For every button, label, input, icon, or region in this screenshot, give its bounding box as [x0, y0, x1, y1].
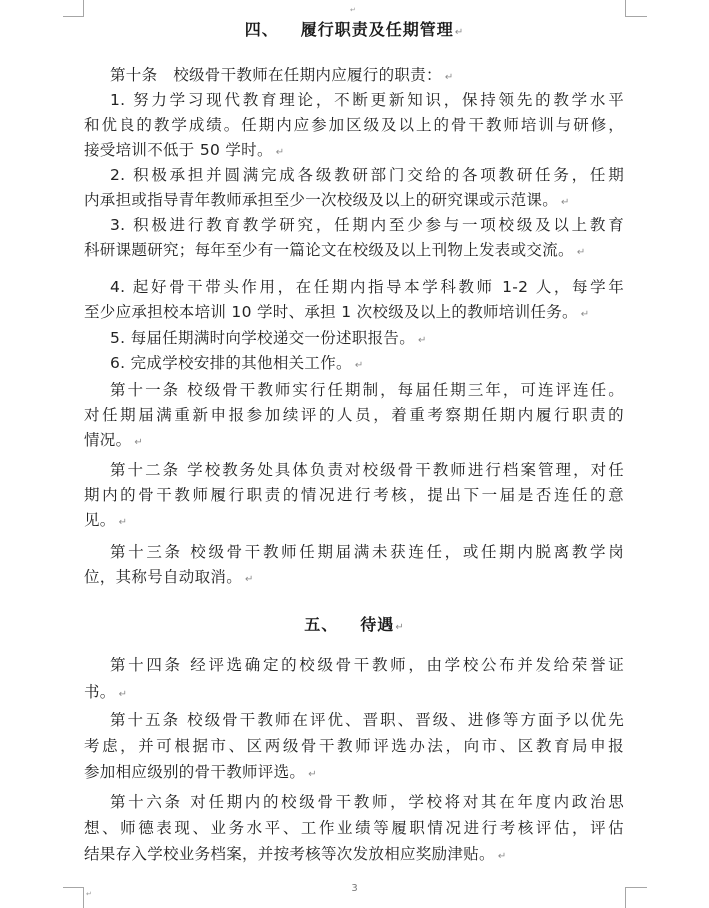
- page-number: 3: [0, 883, 709, 894]
- line-text: 第十条 校级骨干教师在任期内应履行的职责：: [110, 66, 442, 84]
- line-text: 参加相应级别的骨干教师评选。: [84, 763, 305, 781]
- item-1-line-3: 接受培训不低于 50 学时。↵: [84, 140, 624, 160]
- article-11-line-2: 对任期届满重新申报参加续评的人员，着重考察期任期内履行职责的: [84, 405, 624, 425]
- line-text: 科研课题研究；每年至少有一篇论文在校级及以上刊物上发表或交流。: [84, 241, 574, 259]
- line-text: 5. 每届任期满时向学校递交一份述职报告。: [110, 329, 415, 347]
- article-15-line-3: 参加相应级别的骨干教师评选。↵: [84, 762, 624, 782]
- item-1-line-1: 1. 努力学习现代教育理论，不断更新知识，保持领先的教学水平: [110, 90, 624, 110]
- item-3-line-2: 科研课题研究；每年至少有一篇论文在校级及以上刊物上发表或交流。↵: [84, 240, 624, 260]
- article-14-line-1: 第十四条 经评选确定的校级骨干教师，由学校公布并发给荣誉证: [110, 655, 624, 675]
- line-text: 书。: [84, 683, 116, 701]
- article-13-line-2: 位，其称号自动取消。↵: [84, 567, 624, 587]
- article-10-intro: 第十条 校级骨干教师在任期内应履行的职责：↵: [110, 65, 624, 85]
- corner-mark-top-right: [625, 0, 647, 17]
- paragraph-mark-icon: ↵: [561, 197, 570, 208]
- section-title: 履行职责及任期管理: [301, 20, 454, 39]
- article-15-line-2: 考虑，并可根据市、区两级骨干教师评选办法，向市、区教育局申报: [84, 736, 624, 756]
- corner-mark-top-left: [63, 0, 84, 17]
- line-text: 6. 完成学校安排的其他相关工作。: [110, 354, 352, 372]
- article-13-line-1: 第十三条 校级骨干教师任期届满未获连任，或任期内脱离教学岗: [110, 542, 624, 562]
- line-text: 内承担或指导青年教师承担至少一次校级及以上的研究课或示范课。: [84, 191, 558, 209]
- section-number: 五、: [304, 615, 338, 634]
- item-2-line-2: 内承担或指导青年教师承担至少一次校级及以上的研究课或示范课。↵: [84, 190, 624, 210]
- article-16-line-1: 第十六条 对任期内的校级骨干教师，学校将对其在年度内政治思: [110, 792, 624, 812]
- item-3-line-1: 3. 积极进行教育教学研究，任期内至少参与一项校级及以上教育: [110, 215, 624, 235]
- paragraph-mark-icon: ↵: [355, 360, 364, 371]
- item-1-line-2: 和优良的教学成绩。任期内应参加区级及以上的骨干教师培训与研修，: [84, 115, 624, 135]
- line-text: 见。: [84, 511, 116, 529]
- article-11-line-1: 第十一条 校级骨干教师实行任期制，每届任期三年，可连评连任。: [110, 380, 624, 400]
- section-heading-4: 四、履行职责及任期管理↵: [0, 20, 709, 43]
- line-text: 接受培训不低于 50 学时。: [84, 141, 273, 159]
- article-12-line-2: 期内的骨干教师履行职责的情况进行考核，提出下一届是否连任的意: [84, 485, 624, 505]
- section-number: 四、: [245, 20, 279, 39]
- paragraph-mark-icon: ↵: [308, 769, 317, 780]
- item-6: 6. 完成学校安排的其他相关工作。↵: [110, 353, 624, 373]
- line-text: 情况。: [84, 431, 131, 449]
- section-title: 待遇: [360, 615, 394, 634]
- item-4-line-2: 至少应承担校本培训 10 学时、承担 1 次校级及以上的教师培训任务。↵: [84, 302, 624, 322]
- paragraph-mark-icon: ↵: [577, 247, 586, 258]
- paragraph-mark-icon: ↵: [455, 27, 464, 38]
- paragraph-mark-icon: ↵: [395, 622, 404, 633]
- line-text: 位，其称号自动取消。: [84, 568, 242, 586]
- article-15-line-1: 第十五条 校级骨干教师在评优、晋职、晋级、进修等方面予以优先: [110, 710, 624, 730]
- header-paragraph-mark-icon: ↵: [350, 6, 356, 14]
- article-12-line-1: 第十二条 学校教务处具体负责对校级骨干教师进行档案管理，对任: [110, 460, 624, 480]
- paragraph-mark-icon: ↵: [276, 147, 285, 158]
- paragraph-mark-icon: ↵: [581, 309, 590, 320]
- paragraph-mark-icon: ↵: [498, 851, 507, 862]
- line-text: 至少应承担校本培训 10 学时、承担 1 次校级及以上的教师培训任务。: [84, 303, 578, 321]
- paragraph-mark-icon: ↵: [245, 574, 254, 585]
- article-14-line-2: 书。↵: [84, 682, 624, 702]
- paragraph-mark-icon: ↵: [445, 72, 454, 83]
- section-heading-5: 五、待遇↵: [0, 615, 709, 638]
- article-16-line-2: 想、师德表现、业务水平、工作业绩等履职情况进行考核评估，评估: [84, 818, 624, 838]
- paragraph-mark-icon: ↵: [418, 335, 427, 346]
- line-text: 结果存入学校业务档案，并按考核等次发放相应奖励津贴。: [84, 845, 495, 863]
- paragraph-mark-icon: ↵: [134, 437, 143, 448]
- article-11-line-3: 情况。↵: [84, 430, 624, 450]
- paragraph-mark-icon: ↵: [119, 517, 128, 528]
- article-12-line-3: 见。↵: [84, 510, 624, 530]
- article-16-line-3: 结果存入学校业务档案，并按考核等次发放相应奖励津贴。↵: [84, 844, 624, 864]
- item-5: 5. 每届任期满时向学校递交一份述职报告。↵: [110, 328, 624, 348]
- item-4-line-1: 4. 起好骨干带头作用，在任期内指导本学科教师 1-2 人，每学年: [110, 277, 624, 297]
- paragraph-mark-icon: ↵: [119, 689, 128, 700]
- item-2-line-1: 2. 积极承担并圆满完成各级教研部门交给的各项教研任务，任期: [110, 165, 624, 185]
